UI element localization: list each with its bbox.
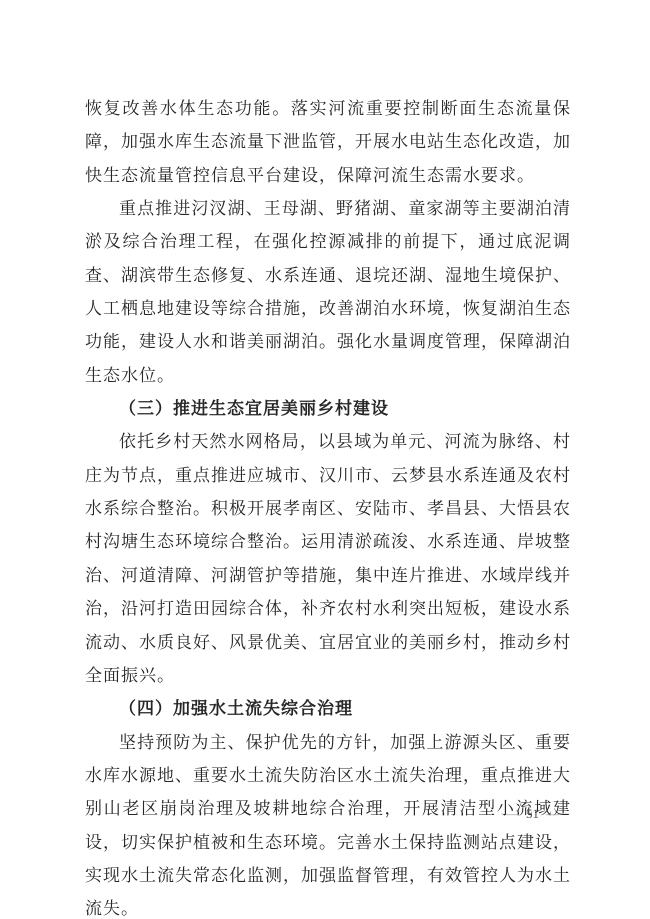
paragraph-continuation: 恢复改善水体生态功能。落实河流重要控制断面生态流量保障，加强水库生态流量下泄监管… (85, 92, 571, 192)
document-page: 恢复改善水体生态功能。落实河流重要控制断面生态流量保障，加强水库生态流量下泄监管… (0, 0, 650, 919)
page-number-dash-left: — (499, 806, 526, 821)
paragraph-lakes: 重点推进汈汊湖、王母湖、野猪湖、童家湖等主要湖泊清淤及综合治理工程，在强化控源减… (85, 192, 571, 392)
page-number: —51— (499, 806, 566, 822)
document-body: 恢复改善水体生态功能。落实河流重要控制断面生态流量保障，加强水库生态流量下泄监管… (85, 92, 571, 919)
section-heading-4: （四）加强水土流失综合治理 (85, 692, 571, 725)
section-heading-3: （三）推进生态宜居美丽乡村建设 (85, 392, 571, 425)
page-number-value: 51 (526, 806, 539, 821)
paragraph-soil-erosion: 坚持预防为主、保护优先的方针，加强上游源头区、重要水库水源地、重要水土流失防治区… (85, 726, 571, 919)
page-number-dash-right: — (539, 806, 566, 821)
paragraph-rural-water: 依托乡村天然水网格局，以县域为单元、河流为脉络、村庄为节点，重点推进应城市、汉川… (85, 425, 571, 692)
